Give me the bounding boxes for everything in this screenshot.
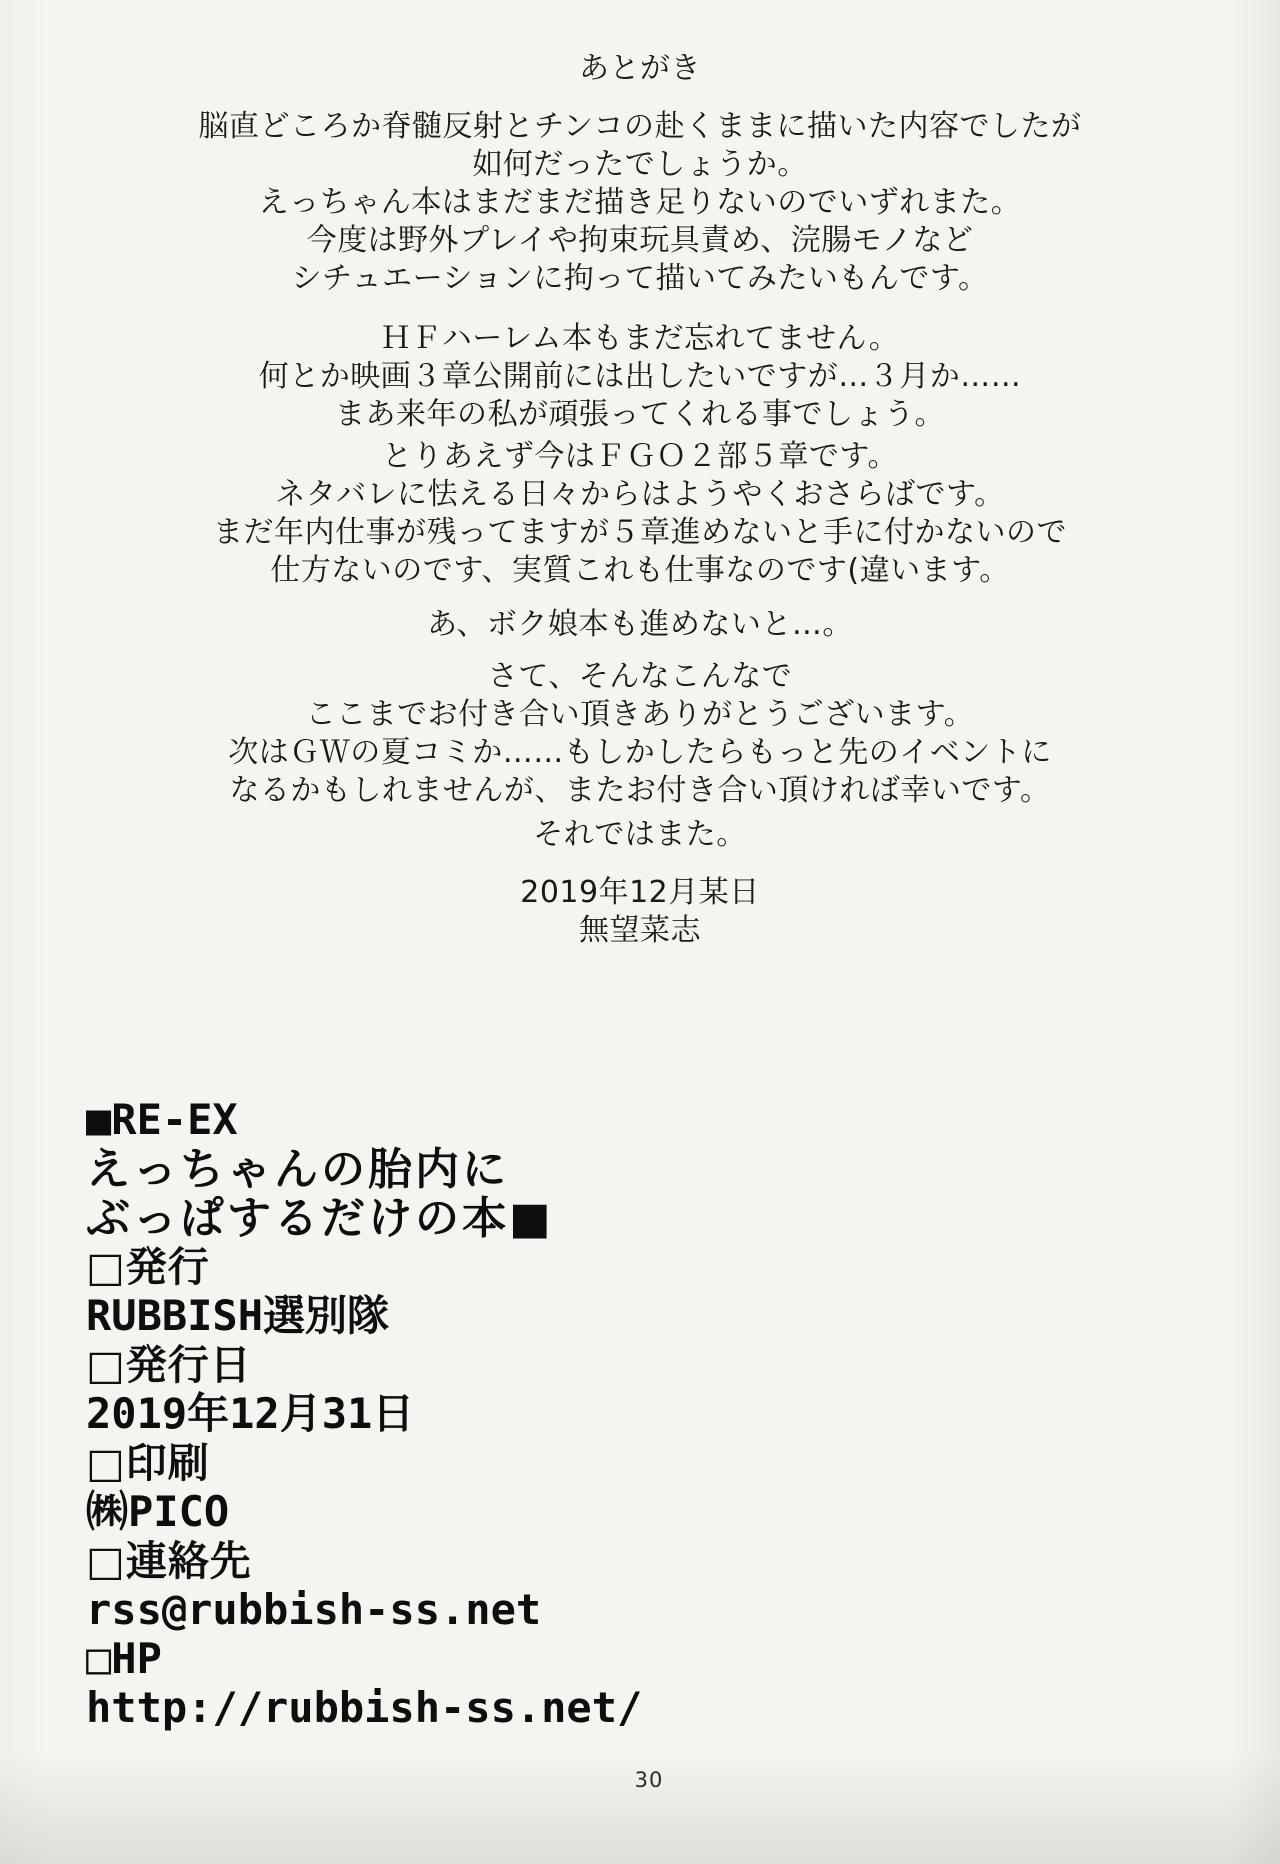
afterword-line: えっちゃん本はまだまだ描き足りないのでいずれまた。 xyxy=(0,184,1280,222)
page-number: 30 xyxy=(0,1768,1280,1792)
afterword-line: まだ年内仕事が残ってますが５章進めないと手に付かないので xyxy=(0,514,1280,552)
afterword-line: それではまた。 xyxy=(0,816,1280,854)
colophon-hp-label: □HP xyxy=(86,1635,642,1684)
colophon-pubdate-label: □発行日 xyxy=(86,1341,642,1390)
afterword-line: シチュエーションに拘って描いてみたいもんです。 xyxy=(0,260,1280,298)
afterword-line: とりあえず今はＦＧＯ２部５章です。 xyxy=(0,438,1280,476)
afterword-line: なるかもしれませんが、またお付き合い頂ければ幸いです。 xyxy=(0,772,1280,810)
afterword-paragraph-2: ＨＦハーレム本もまだ忘れてません。 何とか映画３章公開前には出したいですが…３月… xyxy=(0,320,1280,434)
afterword-paragraph-3: とりあえず今はＦＧＯ２部５章です。 ネタバレに怯える日々からはようやくおさらばで… xyxy=(0,438,1280,590)
colophon-printer-label: □印刷 xyxy=(86,1439,642,1488)
afterword-line: 仕方ないのです、実質これも仕事なのです(違います。 xyxy=(0,552,1280,590)
afterword-line: 如何だったでしょうか。 xyxy=(0,146,1280,184)
scanned-afterword-page: あとがき 脳直どころか脊髄反射とチンコの赴くままに描いた内容でしたが 如何だった… xyxy=(0,0,1280,1864)
colophon-book-title-2: ぶっぱするだけの本■ xyxy=(86,1194,642,1243)
afterword-paragraph-4: あ、ボク娘本も進めないと…。 xyxy=(0,606,1280,644)
colophon-publisher-label: □発行 xyxy=(86,1243,642,1292)
afterword-line: 脳直どころか脊髄反射とチンコの赴くままに描いた内容でしたが xyxy=(0,108,1280,146)
afterword-line: 今度は野外プレイや拘束玩具責め、浣腸モノなど xyxy=(0,222,1280,260)
afterword-line: ここまでお付き合い頂きありがとうございます。 xyxy=(0,696,1280,734)
afterword-line: 次はＧＷの夏コミか……もしかしたらもっと先のイベントに xyxy=(0,734,1280,772)
colophon-printer-name: ㈱PICO xyxy=(86,1488,642,1537)
afterword-author: 無望菜志 xyxy=(0,912,1280,950)
afterword-line: 何とか映画３章公開前には出したいですが…３月か…… xyxy=(0,358,1280,396)
colophon-book-title-1: えっちゃんの胎内に xyxy=(86,1145,642,1194)
colophon-pubdate-value: 2019年12月31日 xyxy=(86,1390,642,1439)
afterword-paragraph-5: さて、そんなこんなで ここまでお付き合い頂きありがとうございます。 次はＧＷの夏… xyxy=(0,658,1280,810)
afterword-line: まあ来年の私が頑張ってくれる事でしょう。 xyxy=(0,396,1280,434)
colophon-publisher-name: RUBBISH選別隊 xyxy=(86,1292,642,1341)
afterword-title: あとがき xyxy=(0,50,1280,88)
afterword-paragraph-1: 脳直どころか脊髄反射とチンコの赴くままに描いた内容でしたが 如何だったでしょうか… xyxy=(0,108,1280,298)
afterword-line: あ、ボク娘本も進めないと…。 xyxy=(0,606,1280,644)
colophon-series-label: ■RE-EX xyxy=(86,1096,642,1145)
colophon: ■RE-EX えっちゃんの胎内に ぶっぱするだけの本■ □発行 RUBBISH選… xyxy=(86,1096,642,1733)
afterword-line: さて、そんなこんなで xyxy=(0,658,1280,696)
afterword-line: ＨＦハーレム本もまだ忘れてません。 xyxy=(0,320,1280,358)
afterword-signature: 2019年12月某日 無望菜志 xyxy=(0,874,1280,950)
colophon-contact-email: rss@rubbish-ss.net xyxy=(86,1586,642,1635)
colophon-hp-url: http://rubbish-ss.net/ xyxy=(86,1684,642,1733)
colophon-contact-label: □連絡先 xyxy=(86,1537,642,1586)
afterword-line: ネタバレに怯える日々からはようやくおさらばです。 xyxy=(0,476,1280,514)
afterword-date: 2019年12月某日 xyxy=(0,874,1280,912)
afterword-closing: それではまた。 xyxy=(0,816,1280,854)
